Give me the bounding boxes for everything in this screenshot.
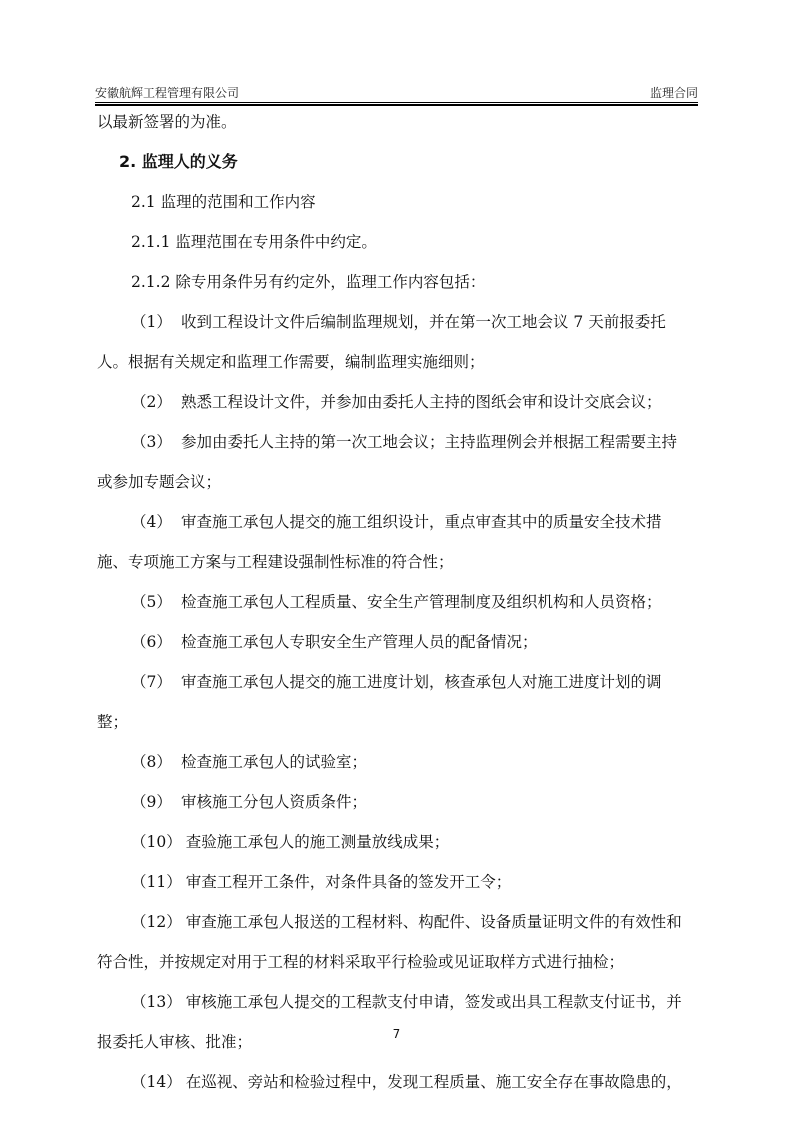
header-document-title: 监理合同 [650,84,698,101]
list-item-text: 检查施工承包人专职安全生产管理人员的配备情况； [181,633,538,651]
list-item-text: 检查施工承包人工程质量、安全生产管理制度及组织机构和人员资格； [181,593,662,611]
list-item-2: （2）熟悉工程设计文件，并参加由委托人主持的图纸会审和设计交底会议； [97,382,700,422]
clause-2-1-2: 2.1.2 除专用条件另有约定外，监理工作内容包括： [97,262,700,302]
list-item-6: （6）检查施工承包人专职安全生产管理人员的配备情况； [97,622,700,662]
list-item-10: （10）查验施工承包人的施工测量放线成果； [97,822,700,862]
list-item-text: 审核施工分包人资质条件； [181,793,367,811]
list-item-number: （12） [131,902,182,942]
list-item-number: （2） [131,382,181,422]
section-heading-2: 2. 监理人的义务 [97,142,700,182]
page-header: 安徽航辉工程管理有限公司 监理合同 [95,84,698,102]
list-item-7-continuation: 整； [97,702,700,742]
list-item-4-continuation: 施、专项施工方案与工程建设强制性标准的符合性； [97,542,700,582]
list-item-1: （1）收到工程设计文件后编制监理规划，并在第一次工地会议 7 天前报委托 [97,302,700,342]
list-item-number: （6） [131,622,181,662]
list-item-number: （4） [131,502,181,542]
list-item-number: （11） [131,862,182,902]
clause-2-1-1: 2.1.1 监理范围在专用条件中约定。 [97,222,700,262]
list-item-12-continuation: 符合性，并按规定对用于工程的材料采取平行检验或见证取样方式进行抽检； [97,942,700,982]
list-item-text: 参加由委托人主持的第一次工地会议；主持监理例会并根据工程需要主持 [181,433,677,451]
list-item-3-continuation: 或参加专题会议； [97,462,700,502]
list-item-text: 审查工程开工条件，对条件具备的签发开工令； [186,873,512,891]
list-item-text: 熟悉工程设计文件，并参加由委托人主持的图纸会审和设计交底会议； [181,393,662,411]
section-2-1-heading: 2.1 监理的范围和工作内容 [97,182,700,222]
list-item-4: （4）审查施工承包人提交的施工组织设计，重点审查其中的质量安全技术措 [97,502,700,542]
list-item-number: （13） [131,982,182,1022]
list-item-text: 查验施工承包人的施工测量放线成果； [186,833,450,851]
header-company-name: 安徽航辉工程管理有限公司 [95,84,239,101]
list-item-number: （8） [131,742,181,782]
list-item-number: （1） [131,302,181,342]
list-item-number: （3） [131,422,181,462]
list-item-text: 审查施工承包人提交的施工进度计划，核查承包人对施工进度计划的调 [181,673,662,691]
list-item-5: （5）检查施工承包人工程质量、安全生产管理制度及组织机构和人员资格； [97,582,700,622]
list-item-text: 在巡视、旁站和检验过程中，发现工程质量、施工安全存在事故隐患的， [186,1073,682,1091]
document-body: 以最新签署的为准。 2. 监理人的义务 2.1 监理的范围和工作内容 2.1.1… [97,102,700,1102]
list-item-1-continuation: 人。根据有关规定和监理工作需要，编制监理实施细则； [97,342,700,382]
list-item-number: （7） [131,662,181,702]
list-item-7: （7）审查施工承包人提交的施工进度计划，核查承包人对施工进度计划的调 [97,662,700,702]
list-item-14: （14）在巡视、旁站和检验过程中，发现工程质量、施工安全存在事故隐患的， [97,1062,700,1102]
list-item-8: （8）检查施工承包人的试验室； [97,742,700,782]
list-item-11: （11）审查工程开工条件，对条件具备的签发开工令； [97,862,700,902]
page-number: 7 [0,1027,793,1041]
list-item-number: （14） [131,1062,182,1102]
list-item-text: 审查施工承包人报送的工程材料、构配件、设备质量证明文件的有效性和 [186,913,682,931]
paragraph-continuation: 以最新签署的为准。 [97,102,700,142]
list-item-number: （10） [131,822,182,862]
list-item-text: 审查施工承包人提交的施工组织设计，重点审查其中的质量安全技术措 [181,513,662,531]
list-item-12: （12）审查施工承包人报送的工程材料、构配件、设备质量证明文件的有效性和 [97,902,700,942]
list-item-text: 审核施工承包人提交的工程款支付申请，签发或出具工程款支付证书，并 [186,993,682,1011]
list-item-3: （3）参加由委托人主持的第一次工地会议；主持监理例会并根据工程需要主持 [97,422,700,462]
list-item-text: 收到工程设计文件后编制监理规划，并在第一次工地会议 7 天前报委托 [181,313,666,331]
list-item-9: （9）审核施工分包人资质条件； [97,782,700,822]
list-item-number: （5） [131,582,181,622]
list-item-number: （9） [131,782,181,822]
list-item-text: 检查施工承包人的试验室； [181,753,367,771]
list-item-13: （13）审核施工承包人提交的工程款支付申请，签发或出具工程款支付证书，并 [97,982,700,1022]
